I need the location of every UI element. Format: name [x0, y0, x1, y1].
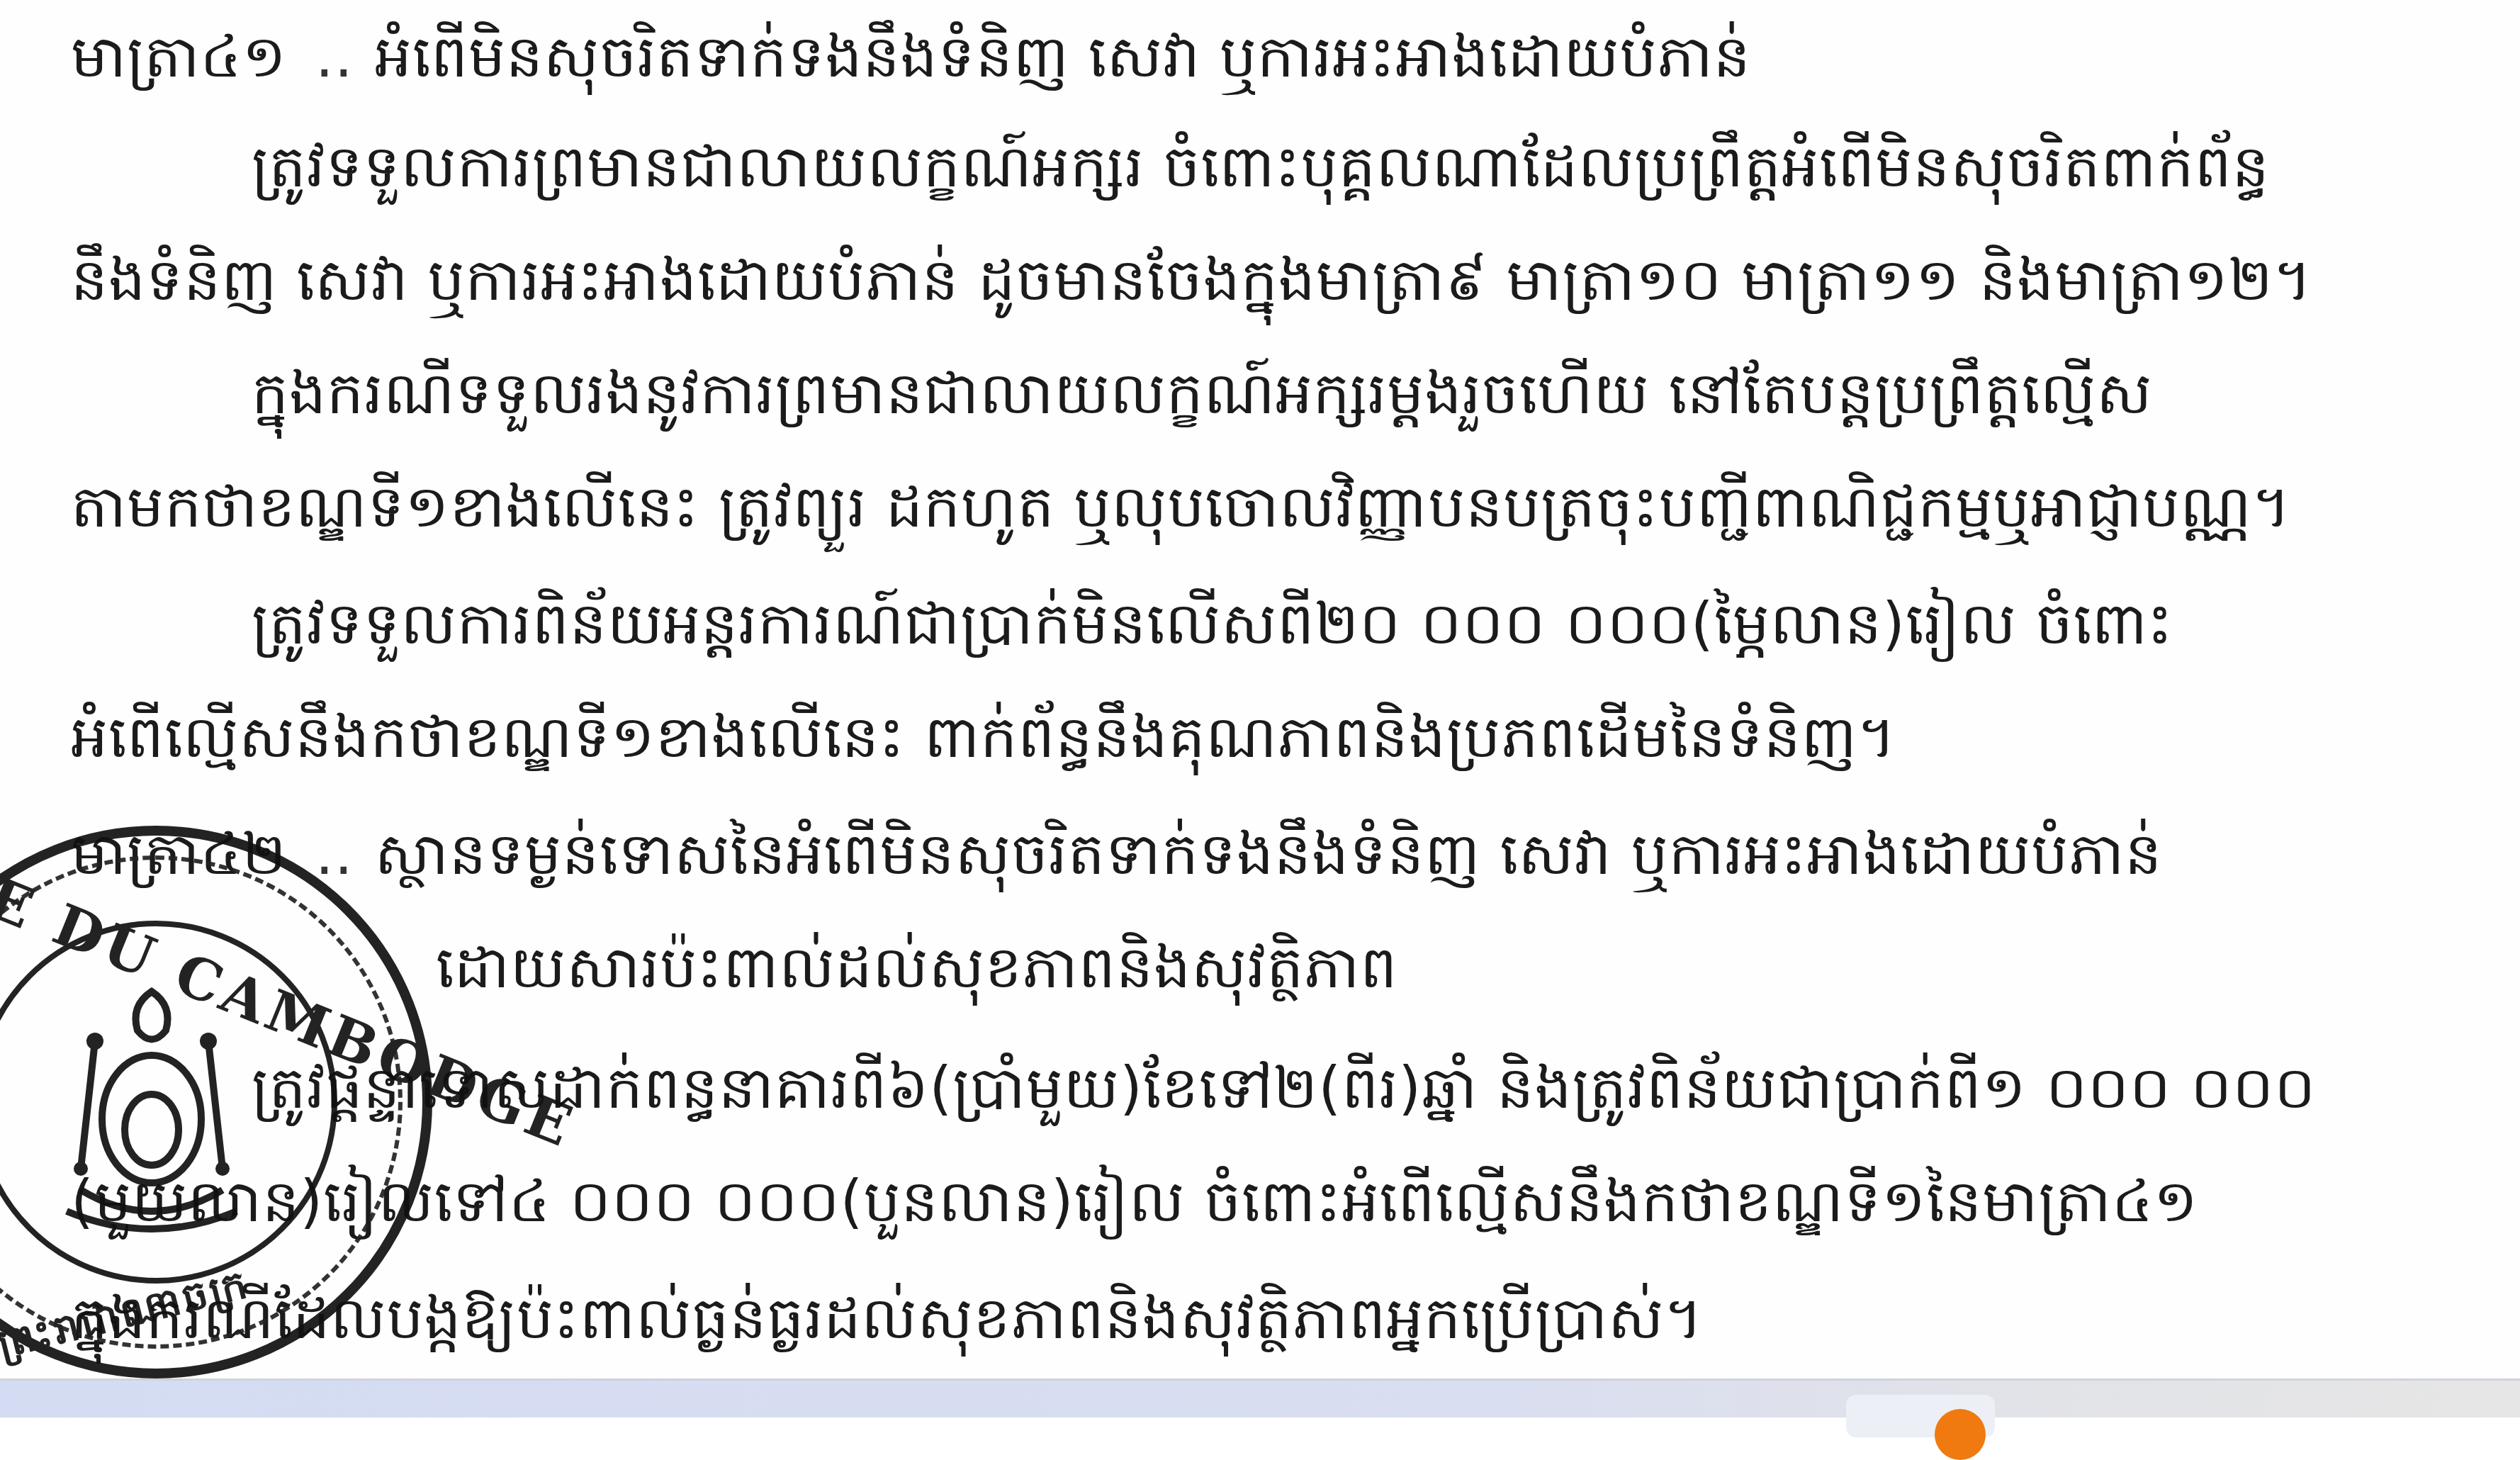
- article-41-paragraph-1-line-1: ត្រូវទទួលការព្រមានជាលាយលក្ខណ៍អក្សរ ចំពោះ…: [252, 138, 2270, 196]
- heading-separator: ..: [315, 23, 354, 91]
- article-42-title: ស្ថានទម្ងន់ទោសនៃអំពើមិនសុចរិតទាក់ទងនឹងទំ…: [375, 821, 2163, 888]
- article-42-heading: មាត្រា៤២..ស្ថានទម្ងន់ទោសនៃអំពើមិនសុចរិតទ…: [71, 826, 2162, 884]
- royal-emblem-icon: [38, 977, 265, 1247]
- heading-separator: ..: [315, 821, 354, 888]
- article-41-paragraph-3-line-1: ត្រូវទទួលការពិន័យអន្តរការណ៍ជាប្រាក់មិនលើ…: [252, 595, 2173, 653]
- article-41-paragraph-1-line-2: នឹងទំនិញ សេវា ឬការអះអាងដោយបំភាន់ ដូចមានច…: [71, 252, 2312, 310]
- article-41-title: អំពើមិនសុចរិតទាក់ទងនឹងទំនិញ សេវា ឬការអះអ…: [375, 23, 1751, 91]
- article-41-paragraph-2-line-2: តាមកថាខណ្ឌទី១ខាងលើនេះ ត្រូវព្យួរ ដកហូត ឬ…: [71, 478, 2291, 537]
- article-41-paragraph-3-line-2: អំពើល្មើសនឹងកថាខណ្ឌទី១ខាងលើនេះ ពាក់ព័ន្ធ…: [71, 709, 1896, 767]
- article-41-label: មាត្រា៤១: [71, 23, 287, 91]
- article-42-heading-line-2: ដោយសារប៉ះពាល់ដល់សុខភាពនិងសុវត្ថិភាព: [436, 939, 1397, 997]
- article-41-heading: មាត្រា៤១..អំពើមិនសុចរិតទាក់ទងនឹងទំនិញ សេ…: [71, 28, 1751, 86]
- article-41-paragraph-2-line-1: ក្នុងករណីទទួលរងនូវការព្រមានជាលាយលក្ខណ៍អក…: [252, 365, 2152, 423]
- scanned-document-page: មាត្រា៤១..អំពើមិនសុចរិតទាក់ទងនឹងទំនិញ សេ…: [0, 0, 2520, 1378]
- taskbar: [0, 1378, 2520, 1417]
